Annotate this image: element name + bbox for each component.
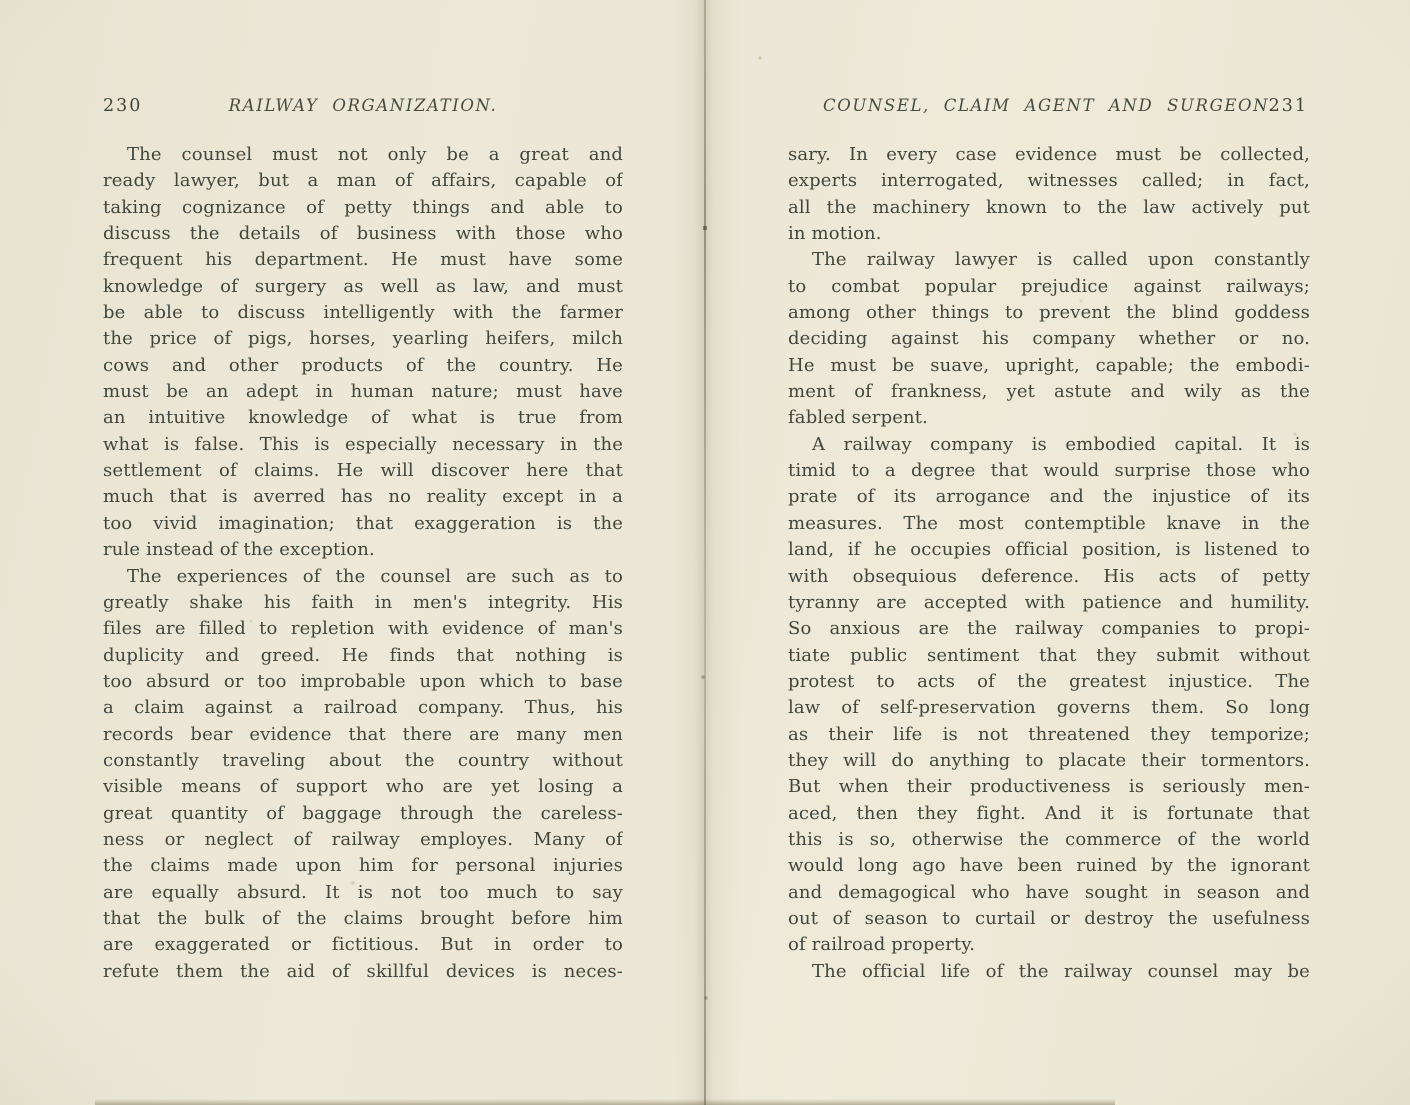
text-line: files are filled to repletion with evide… <box>103 616 623 642</box>
paragraph: The official life of the railway counsel… <box>788 959 1310 985</box>
page-right-body-text: sary. In every case evidence must be col… <box>788 142 1310 985</box>
page-left-body-text: The counsel must not only be a great and… <box>103 142 623 985</box>
text-line: an intuitive knowledge of what is true f… <box>103 405 623 431</box>
running-head-title-right: COUNSEL, CLAIM AGENT AND SURGEON. <box>788 96 1310 115</box>
text-line: frequent his department. He must have so… <box>103 247 623 273</box>
paragraph: The counsel must not only be a great and… <box>103 142 623 564</box>
paragraph: sary. In every case evidence must be col… <box>788 142 1310 247</box>
text-line: too vivid imagination; that exaggeration… <box>103 511 623 537</box>
text-line: discuss the details of business with tho… <box>103 221 623 247</box>
page-bottom-edge-shadow <box>95 1099 1115 1105</box>
text-line: measures. The most contemptible knave in… <box>788 511 1310 537</box>
text-line: among other things to prevent the blind … <box>788 300 1310 326</box>
text-line: So anxious are the railway companies to … <box>788 616 1310 642</box>
text-line: taking cognizance of petty things and ab… <box>103 195 623 221</box>
text-line: greatly shake his faith in men's integri… <box>103 590 623 616</box>
text-line: to combat popular prejudice against rail… <box>788 274 1310 300</box>
text-line: refute them the aid of skillful devices … <box>103 959 623 985</box>
text-line: settlement of claims. He will discover h… <box>103 458 623 484</box>
text-line: cows and other products of the country. … <box>103 353 623 379</box>
text-line: ment of frankness, yet astute and wily a… <box>788 379 1310 405</box>
text-line: knowledge of surgery as well as law, and… <box>103 274 623 300</box>
text-line: A railway company is embodied capital. I… <box>788 432 1310 458</box>
text-line: constantly traveling about the country w… <box>103 748 623 774</box>
text-line: sary. In every case evidence must be col… <box>788 142 1310 168</box>
text-line: out of season to curtail or destroy the … <box>788 906 1310 932</box>
text-line: this is so, otherwise the commerce of th… <box>788 827 1310 853</box>
text-line: that the bulk of the claims brought befo… <box>103 906 623 932</box>
text-line: law of self-preservation governs them. S… <box>788 695 1310 721</box>
text-line: records bear evidence that there are man… <box>103 722 623 748</box>
text-line: and demagogical who have sought in seaso… <box>788 880 1310 906</box>
text-line: The official life of the railway counsel… <box>788 959 1310 985</box>
text-line: the claims made upon him for personal in… <box>103 853 623 879</box>
text-line: of railroad property. <box>788 932 1310 958</box>
text-line: what is false. This is especially necess… <box>103 432 623 458</box>
running-head-title-left: RAILWAY ORGANIZATION. <box>103 96 623 115</box>
text-line: But when their productiveness is serious… <box>788 774 1310 800</box>
text-line: are exaggerated or fictitious. But in or… <box>103 932 623 958</box>
text-line: duplicity and greed. He finds that nothi… <box>103 643 623 669</box>
text-line: tyranny are accepted with patience and h… <box>788 590 1310 616</box>
text-line: a claim against a railroad company. Thus… <box>103 695 623 721</box>
text-line: experts interrogated, witnesses called; … <box>788 168 1310 194</box>
text-line: ness or neglect of railway employes. Man… <box>103 827 623 853</box>
text-line: He must be suave, upright, capable; the … <box>788 353 1310 379</box>
text-line: ready lawyer, but a man of affairs, capa… <box>103 168 623 194</box>
book-spread: 230 RAILWAY ORGANIZATION. COUNSEL, CLAIM… <box>0 0 1410 1105</box>
text-line: rule instead of the exception. <box>103 537 623 563</box>
paragraph: The railway lawyer is called upon consta… <box>788 247 1310 431</box>
text-line: must be an adept in human nature; must h… <box>103 379 623 405</box>
text-line: The railway lawyer is called upon consta… <box>788 247 1310 273</box>
text-line: aced, then they fight. And it is fortuna… <box>788 801 1310 827</box>
text-line: are equally absurd. It is not too much t… <box>103 880 623 906</box>
text-line: timid to a degree that would surprise th… <box>788 458 1310 484</box>
text-line: much that is averred has no reality exce… <box>103 484 623 510</box>
text-line: all the machinery known to the law activ… <box>788 195 1310 221</box>
text-line: with obsequious deference. His acts of p… <box>788 564 1310 590</box>
running-header-left: 230 RAILWAY ORGANIZATION. <box>103 96 623 120</box>
text-line: deciding against his company whether or … <box>788 326 1310 352</box>
text-line: they will do anything to placate their t… <box>788 748 1310 774</box>
text-line: protest to acts of the greatest injustic… <box>788 669 1310 695</box>
text-line: The experiences of the counsel are such … <box>103 564 623 590</box>
paragraph: A railway company is embodied capital. I… <box>788 432 1310 959</box>
text-line: land, if he occupies official position, … <box>788 537 1310 563</box>
text-line: visible means of support who are yet los… <box>103 774 623 800</box>
text-line: as their life is not threatened they tem… <box>788 722 1310 748</box>
book-gutter-fold-line <box>704 0 706 1105</box>
paragraph: The experiences of the counsel are such … <box>103 564 623 986</box>
text-line: fabled serpent. <box>788 405 1310 431</box>
text-line: prate of its arrogance and the injustice… <box>788 484 1310 510</box>
paper-specks <box>0 0 2 2</box>
text-line: would long ago have been ruined by the i… <box>788 853 1310 879</box>
text-line: The counsel must not only be a great and <box>103 142 623 168</box>
running-header-right: COUNSEL, CLAIM AGENT AND SURGEON. 231 <box>788 96 1310 120</box>
text-line: too absurd or too improbable upon which … <box>103 669 623 695</box>
text-line: be able to discuss intelligently with th… <box>103 300 623 326</box>
text-line: in motion. <box>788 221 1310 247</box>
page-number-left: 230 <box>103 96 142 116</box>
page-number-right: 231 <box>1269 96 1308 116</box>
text-line: tiate public sentiment that they submit … <box>788 643 1310 669</box>
text-line: great quantity of baggage through the ca… <box>103 801 623 827</box>
text-line: the price of pigs, horses, yearling heif… <box>103 326 623 352</box>
